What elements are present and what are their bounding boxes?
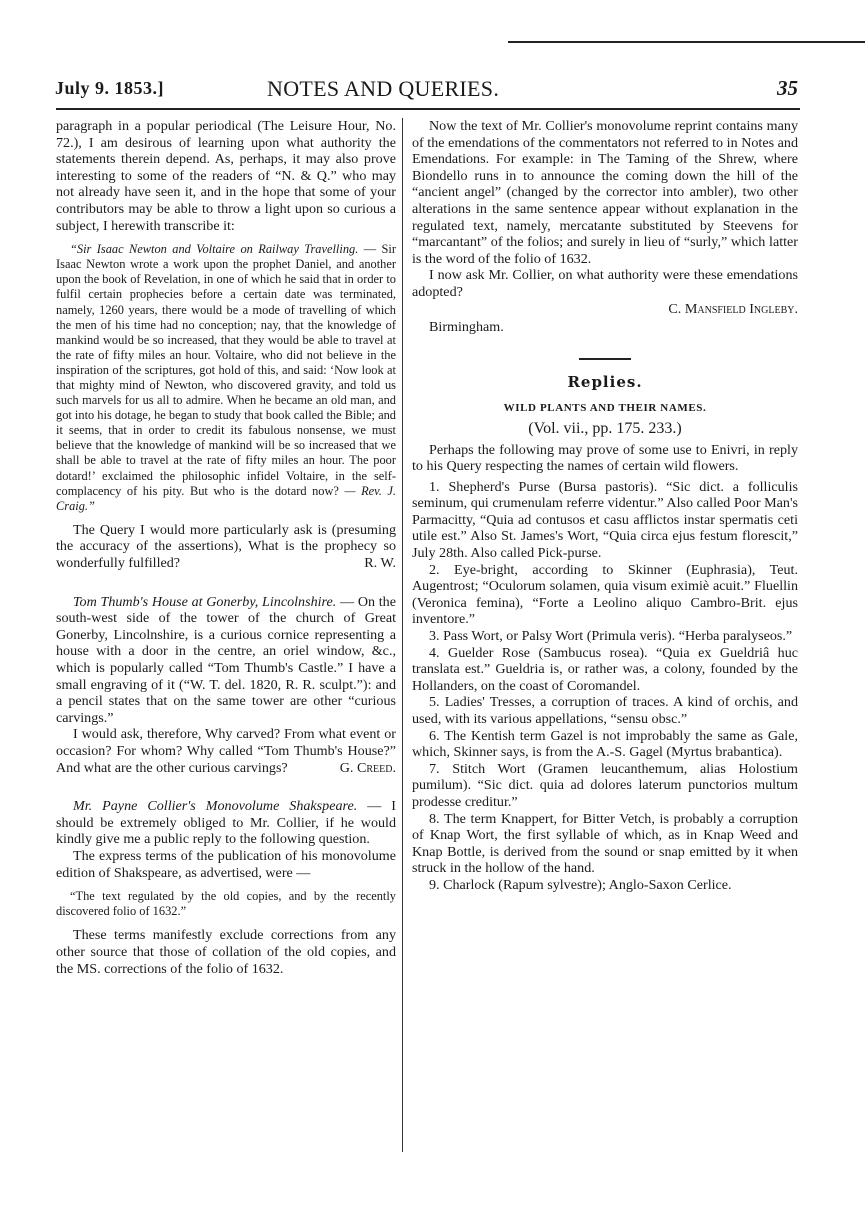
newton-query-intro: paragraph in a popular periodical (The L… (56, 118, 396, 234)
query-signature: R. W. (347, 555, 396, 572)
plant-entry: 1. Shepherd's Purse (Bursa pastoris). “S… (412, 479, 798, 562)
section-heading-replies: Replies. (412, 374, 798, 391)
plant-entry: 7. Stitch Wort (Gramen leucanthemum, ali… (412, 761, 798, 811)
plant-entry: 8. The term Knappert, for Bitter Vetch, … (412, 811, 798, 877)
newton-query: The Query I would more particularly ask … (56, 522, 396, 572)
collier-continuation: Now the text of Mr. Collier's monovolume… (412, 118, 798, 267)
top-edge-rule (508, 41, 865, 43)
reply-title: WILD PLANTS AND THEIR NAMES. (412, 400, 798, 417)
plant-entry: 5. Ladies' Tresses, a corruption of trac… (412, 694, 798, 727)
running-head: July 9. 1853.] NOTES AND QUERIES. 35 (55, 78, 798, 102)
ingleby-signature: C. Mansfield Ingleby. (412, 301, 798, 318)
reply-reference: (Vol. vii., pp. 175. 233.) (412, 421, 798, 438)
tom-thumb-body: — On the south-west side of the tower of… (56, 594, 396, 726)
left-column: paragraph in a popular periodical (The L… (56, 118, 396, 977)
tom-thumb-signature: G. Creed. (323, 760, 396, 777)
publication-title: NOTES AND QUERIES. (267, 76, 499, 102)
quotation-body: — Sir Isaac Newton wrote a work upon the… (56, 242, 396, 498)
page-number: 35 (777, 76, 798, 101)
column-divider (402, 118, 403, 1152)
collier-title: Mr. Payne Collier's Monovolume Shakspear… (73, 798, 357, 814)
collier-question: I now ask Mr. Collier, on what authority… (412, 267, 798, 300)
plant-entry: 3. Pass Wort, or Palsy Wort (Primula ver… (412, 628, 798, 645)
section-rule (579, 358, 631, 360)
plant-entry: 2. Eye-bright, according to Skinner (Eup… (412, 562, 798, 628)
tom-thumb-title: Tom Thumb's House at Gonerby, Lincolnshi… (73, 594, 336, 610)
plant-entry: 4. Guelder Rose (Sambucus rosea). “Quia … (412, 645, 798, 695)
plant-entry: 6. The Kentish term Gazel is not improba… (412, 728, 798, 761)
quotation-title: “Sir Isaac Newton and Voltaire on Railwa… (70, 242, 358, 256)
signature-place: Birmingham. (412, 319, 798, 336)
express-terms: The express terms of the publication of … (56, 848, 396, 881)
reply-intro: Perhaps the following may prove of some … (412, 442, 798, 475)
query-text: The Query I would more particularly ask … (56, 522, 396, 571)
terms-quotation: “The text regulated by the old copies, a… (56, 889, 396, 919)
newton-quotation: “Sir Isaac Newton and Voltaire on Railwa… (56, 242, 396, 514)
collier-article: Mr. Payne Collier's Monovolume Shakspear… (56, 798, 396, 848)
tom-thumb-article: Tom Thumb's House at Gonerby, Lincolnshi… (56, 594, 396, 727)
issue-date: July 9. 1853.] (55, 78, 164, 99)
tom-thumb-questions: I would ask, therefore, Why carved? From… (56, 726, 396, 776)
exclusion-paragraph: These terms manifestly exclude correctio… (56, 927, 396, 977)
right-column: Now the text of Mr. Collier's monovolume… (412, 118, 798, 894)
header-rule (56, 108, 800, 110)
plant-entry: 9. Charlock (Rapum sylvestre); Anglo-Sax… (412, 877, 798, 894)
